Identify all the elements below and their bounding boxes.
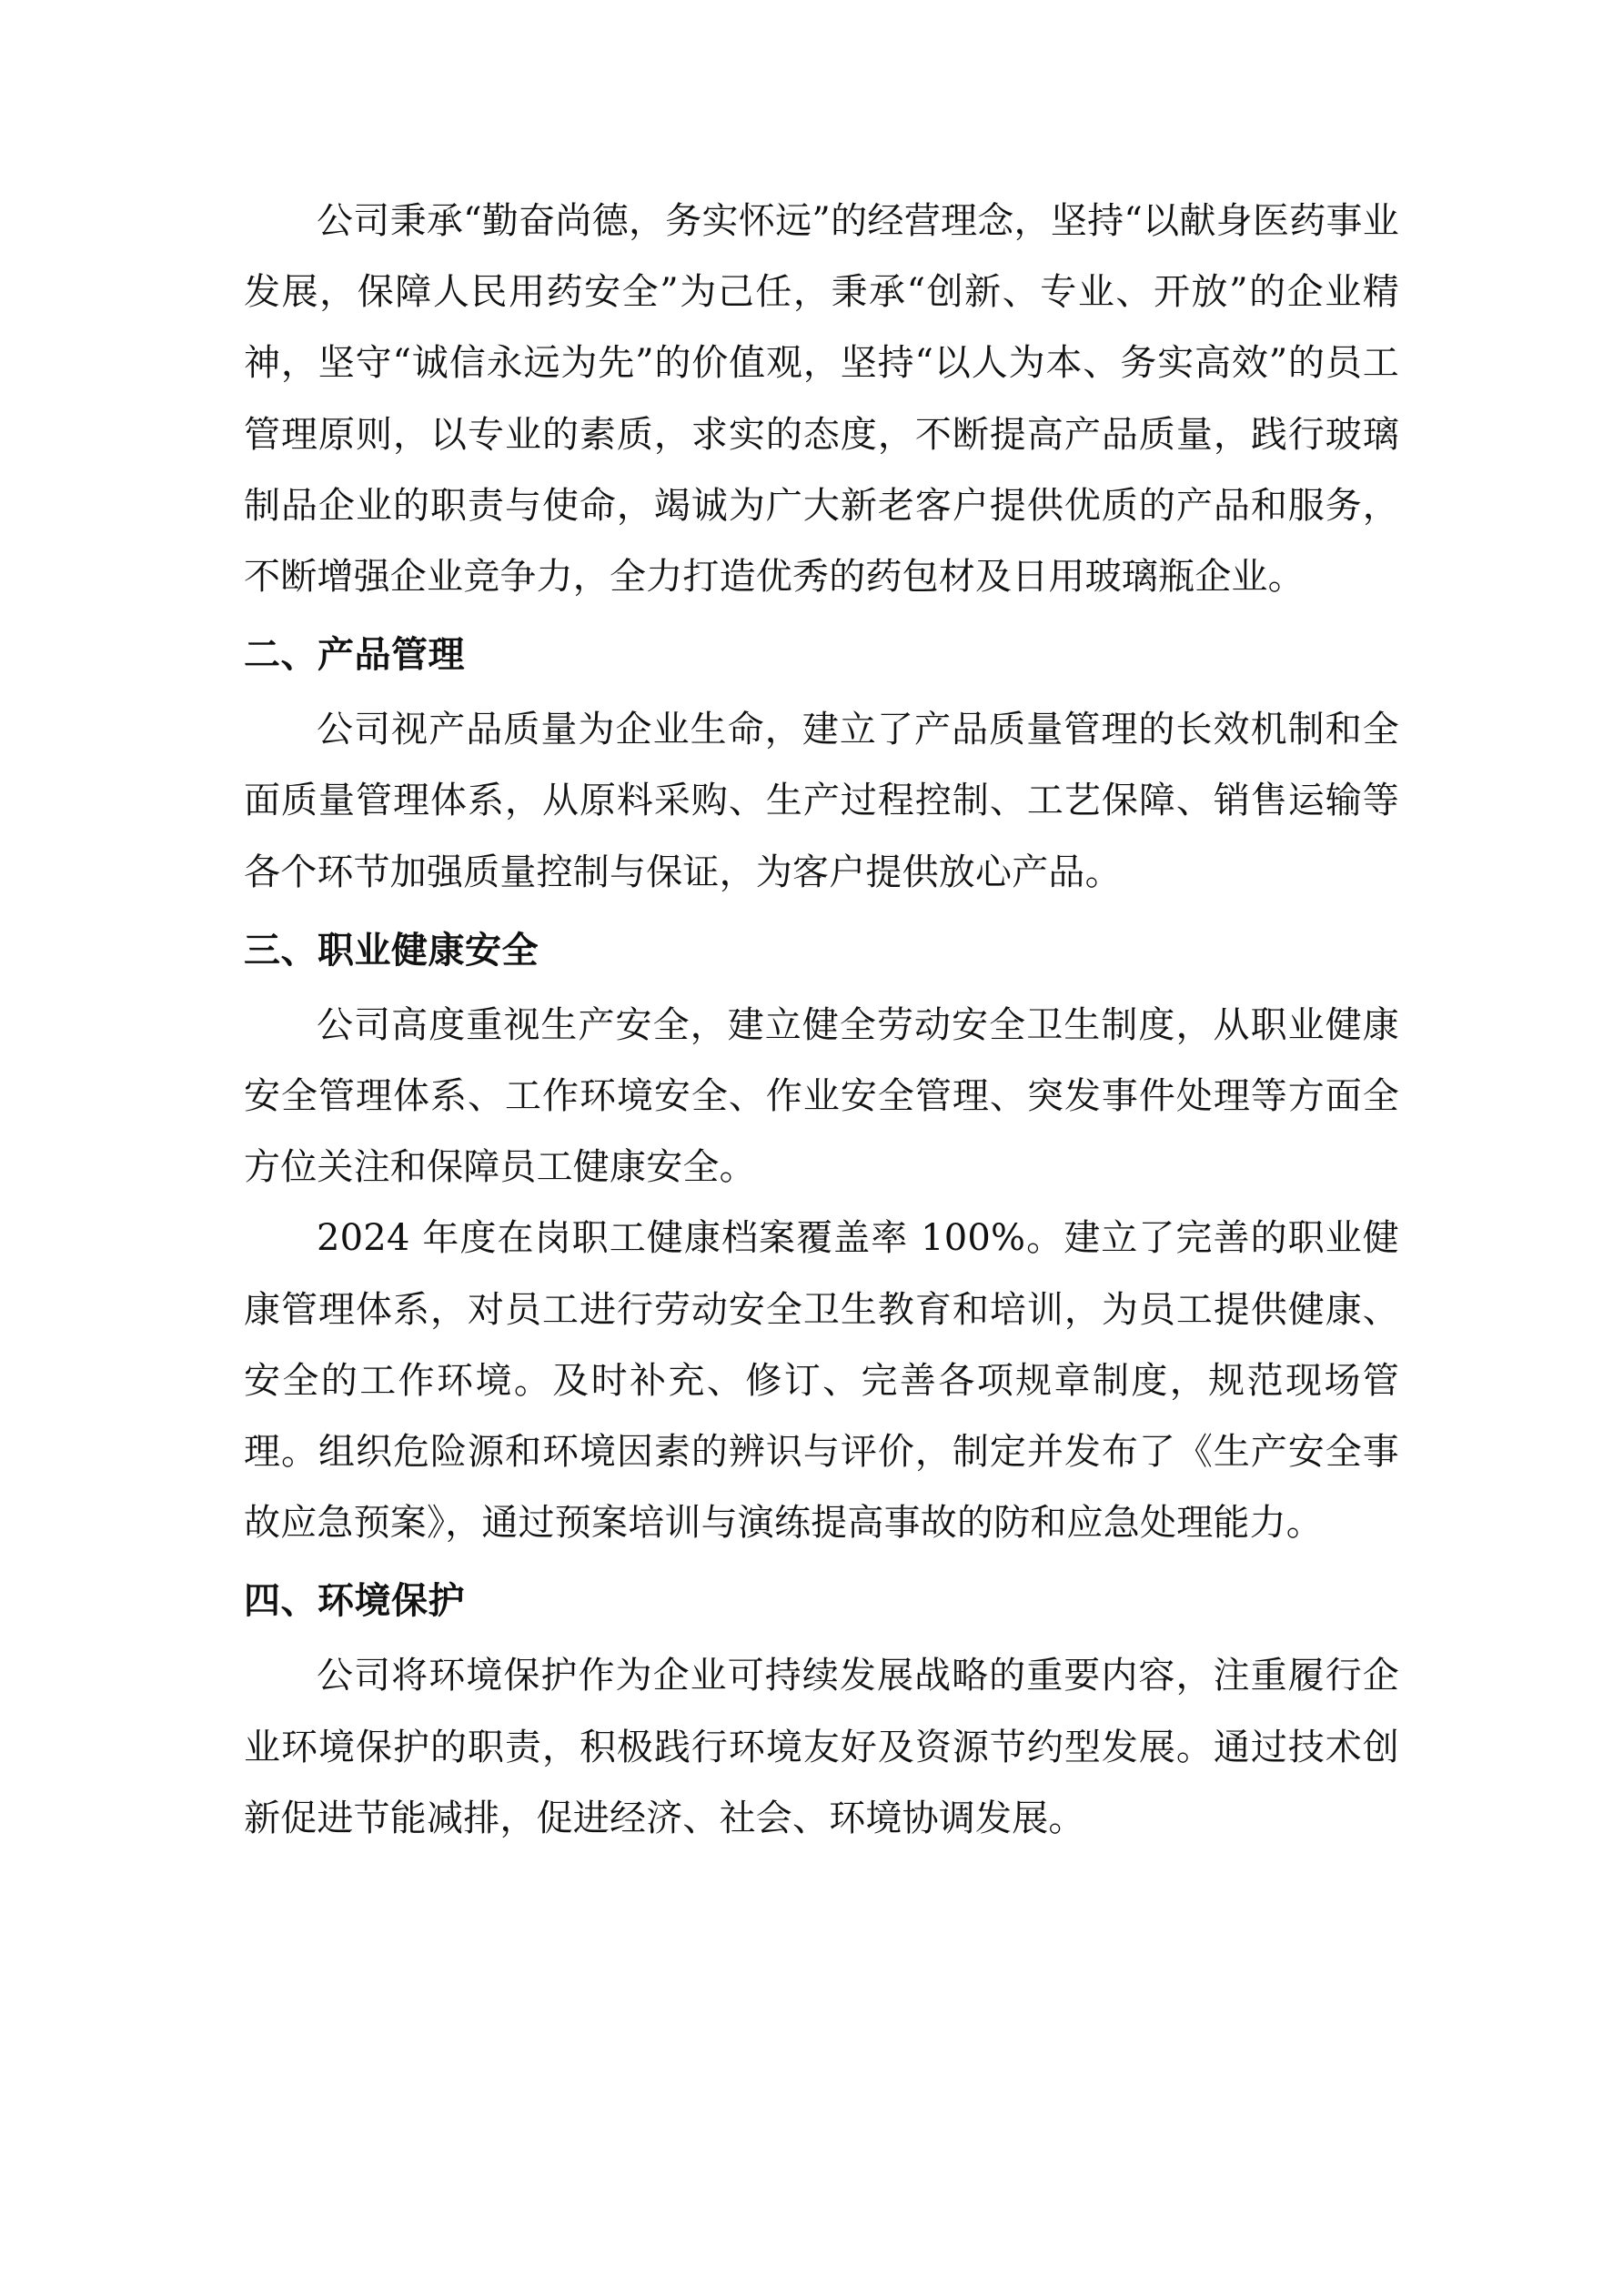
paragraph-company-philosophy: 公司秉承“勤奋尚德，务实怀远”的经营理念，坚持“以献身医药事业发展，保障人民用药… <box>244 186 1399 612</box>
paragraph-environmental-protection: 公司将环境保护作为企业可持续发展战略的重要内容，注重履行企业环境保护的职责，积极… <box>244 1640 1399 1854</box>
paragraph-safety-overview: 公司高度重视生产安全，建立健全劳动安全卫生制度，从职业健康安全管理体系、工作环境… <box>244 990 1399 1203</box>
paragraph-safety-2024-details: 2024 年度在岗职工健康档案覆盖率 100%。建立了完善的职业健康管理体系，对… <box>244 1203 1399 1558</box>
section-heading-environmental-protection: 四、环境保护 <box>244 1566 1399 1636</box>
section-heading-occupational-health-safety: 三、职业健康安全 <box>244 915 1399 986</box>
section-heading-product-management: 二、产品管理 <box>244 619 1399 690</box>
document-page: 公司秉承“勤奋尚德，务实怀远”的经营理念，坚持“以献身医药事业发展，保障人民用药… <box>244 186 1399 1854</box>
paragraph-product-management: 公司视产品质量为企业生命，建立了产品质量管理的长效机制和全面质量管理体系，从原料… <box>244 694 1399 908</box>
